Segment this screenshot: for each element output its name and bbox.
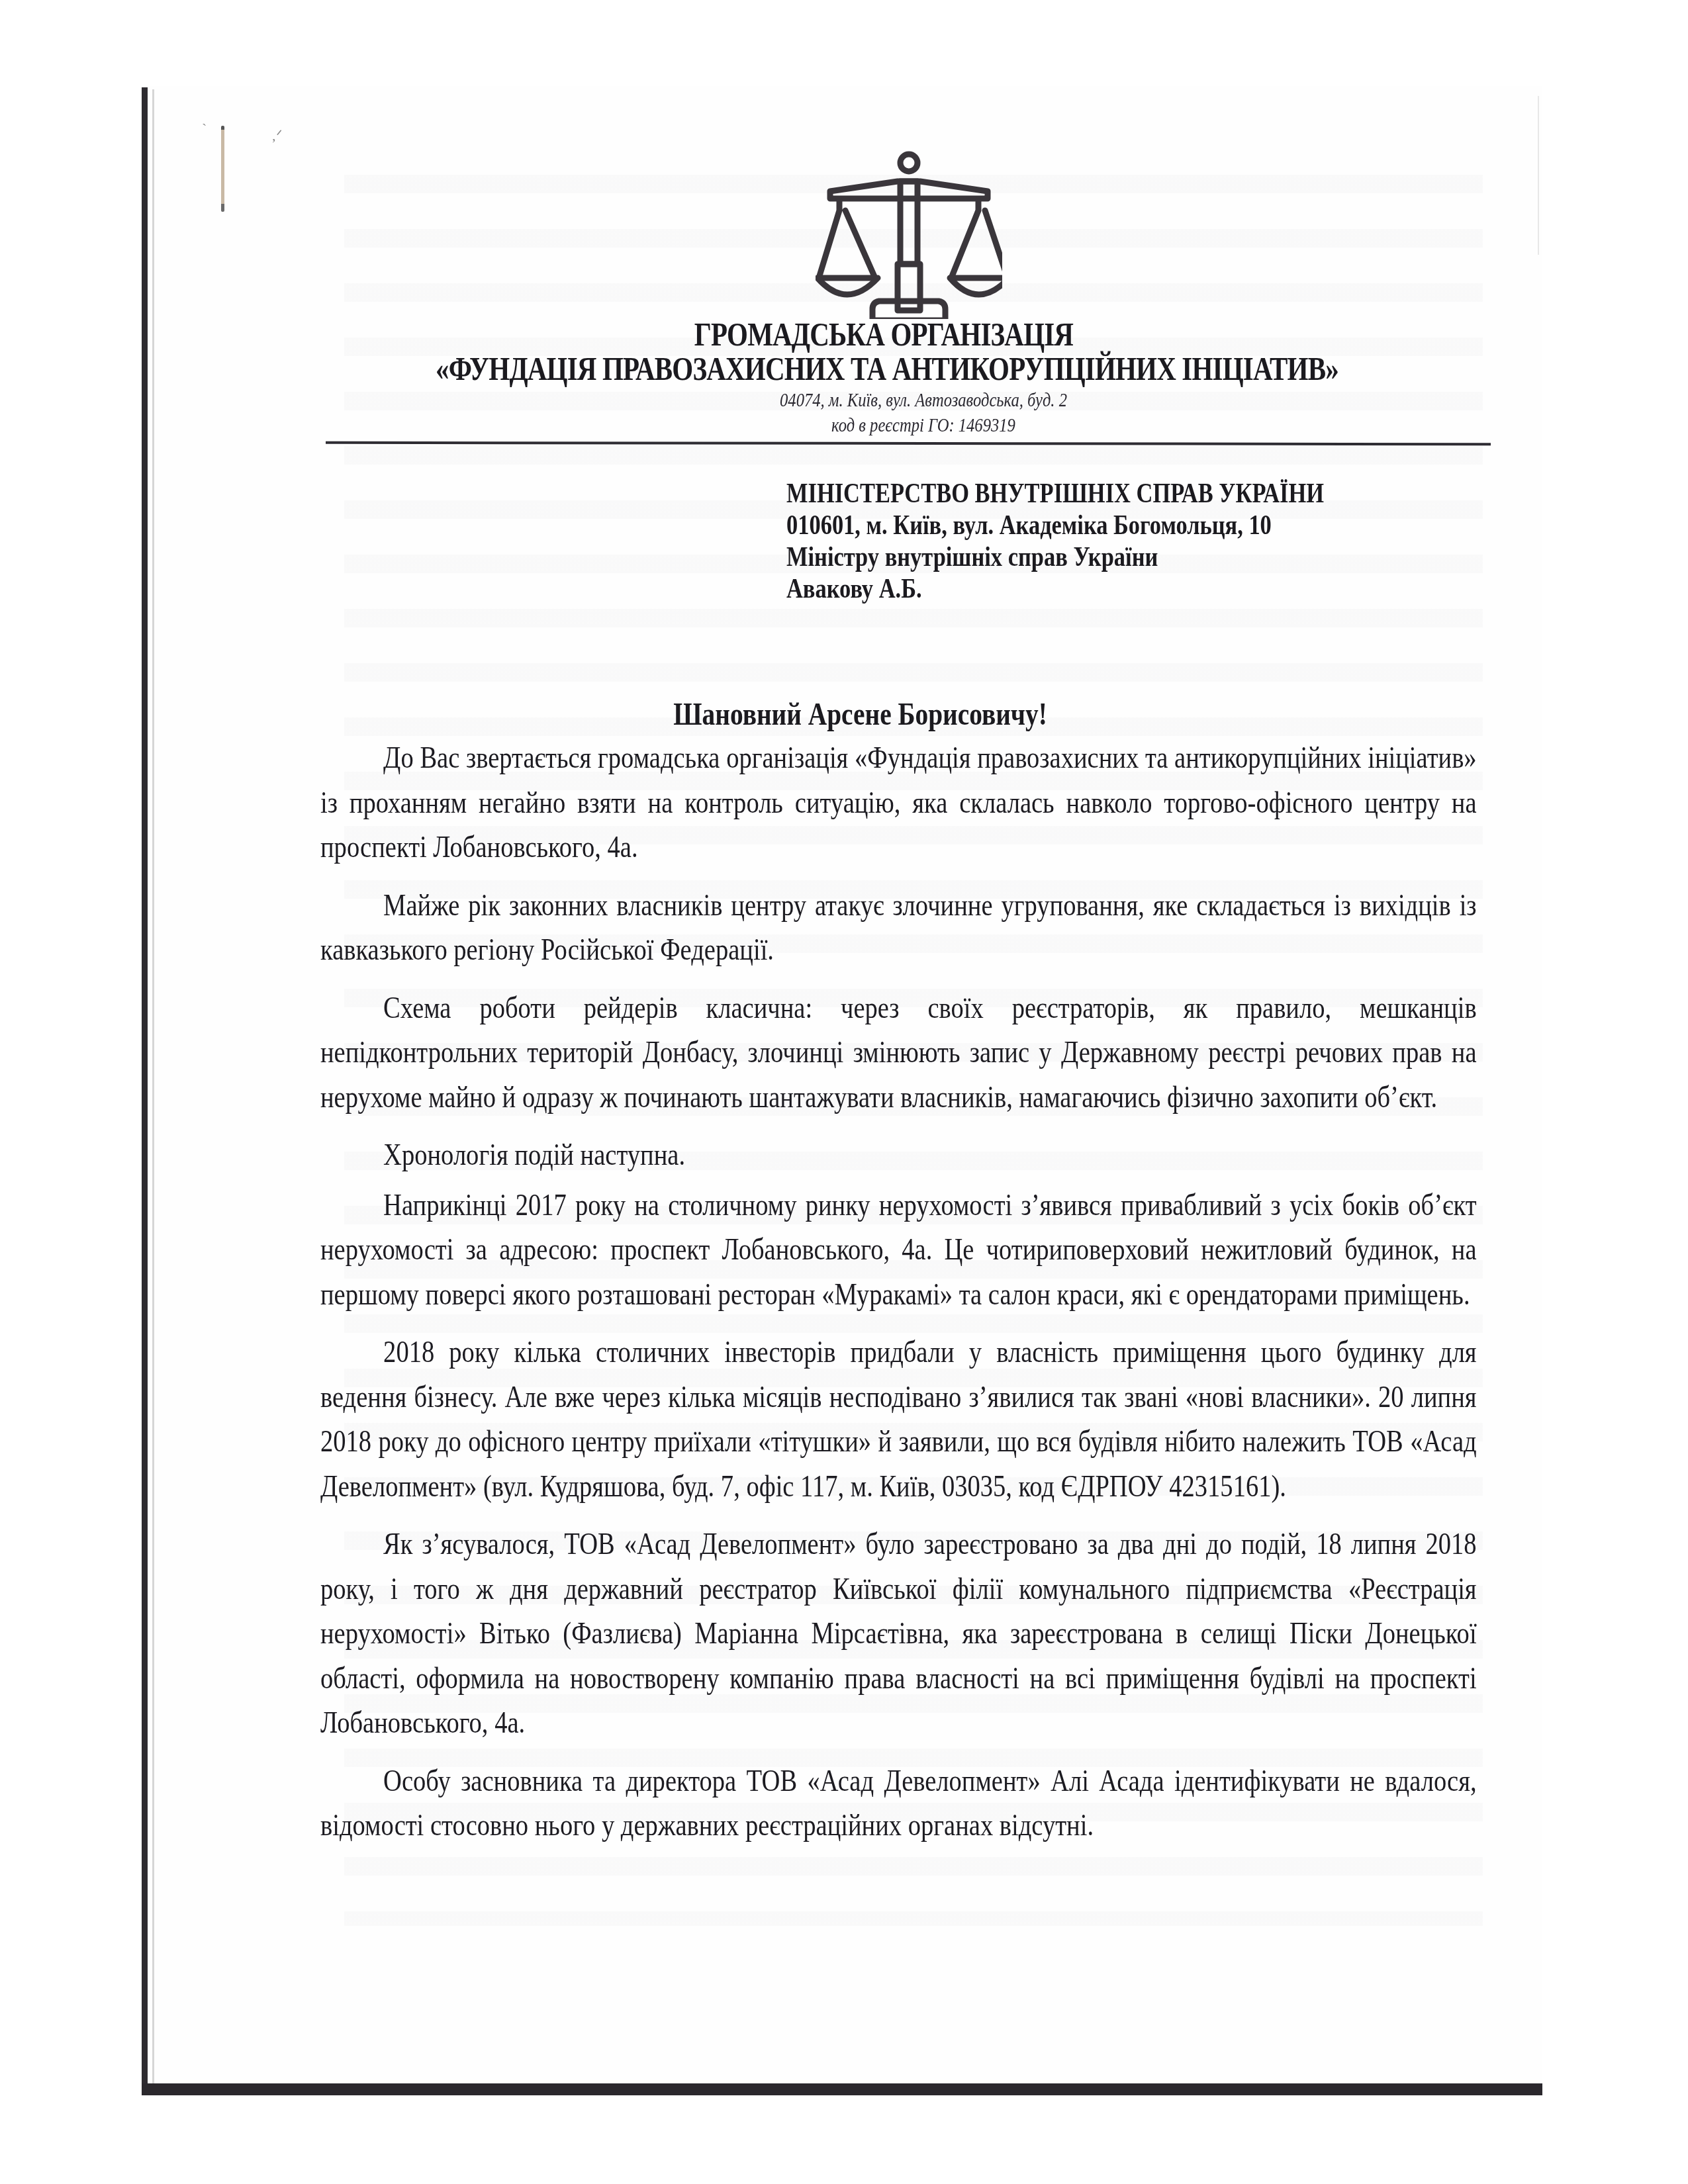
- recipient-title: Міністру внутрішніх справ України: [786, 541, 1383, 573]
- scan-right-edge: [1538, 96, 1539, 255]
- org-name-line-2: «ФУНДАЦІЯ ПРАВОЗАХИСНИХ ТА АНТИКОРУПЦІЙН…: [195, 349, 1579, 388]
- recipient-address: 010601, м. Київ, вул. Академіка Богомоль…: [786, 510, 1383, 541]
- recipient-ministry: МІНІСТЕРСТВО ВНУТРІШНІХ СПРАВ УКРАЇНИ: [786, 478, 1383, 510]
- scan-speck: ‚ᐟ: [271, 127, 283, 144]
- body-paragraph: Як з’ясувалося, ТОВ «Асад Девелопмент» б…: [320, 1522, 1477, 1746]
- org-address: 04074, м. Київ, вул. Автозаводська, буд.…: [232, 389, 1616, 412]
- letter-body: До Вас звертається громадська організаці…: [320, 736, 1477, 1862]
- body-paragraph: 2018 року кілька столичних інвесторів пр…: [320, 1330, 1477, 1509]
- org-name-line-1: ГРОМАДСЬКА ОРГАНІЗАЦІЯ: [192, 315, 1576, 353]
- scan-left-border: [142, 87, 148, 2095]
- body-paragraph: Наприкінці 2017 року на столичному ринку…: [320, 1183, 1477, 1318]
- staple-mark: [221, 126, 224, 212]
- org-registry-code: код в реєстрі ГО: 1469319: [232, 414, 1616, 437]
- body-paragraph: Майже рік законних власників центру атак…: [320, 884, 1477, 973]
- body-paragraph: Особу засновника та директора ТОВ «Асад …: [320, 1759, 1477, 1848]
- salutation: Шановний Арсене Борисовичу!: [152, 696, 1536, 733]
- scan-left-shadow: [152, 89, 154, 2088]
- recipient-name: Авакову А.Б.: [786, 573, 1383, 605]
- scan-bottom-border: [142, 2083, 1542, 2095]
- body-paragraph: Схема роботи рейдерів класична: через св…: [320, 986, 1477, 1120]
- recipient-block: МІНІСТЕРСТВО ВНУТРІШНІХ СПРАВ УКРАЇНИ 01…: [786, 478, 1515, 605]
- body-paragraph: Хронологія подій наступна.: [320, 1133, 1477, 1178]
- scan-speck: ˋ: [202, 120, 207, 138]
- body-paragraph: До Вас звертається громадська організаці…: [320, 736, 1477, 870]
- scales-of-justice-icon: [816, 147, 1002, 319]
